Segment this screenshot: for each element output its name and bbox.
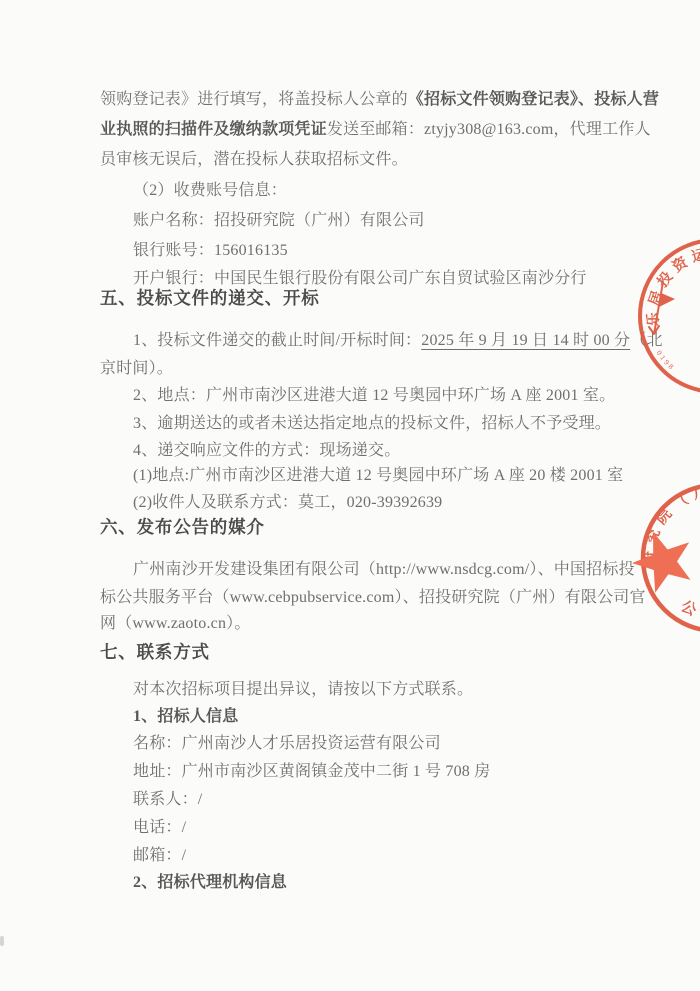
seal-center-flag-icon	[659, 293, 675, 307]
text-line: 2、招标代理机构信息	[133, 869, 287, 892]
text-segment: 地址：广州市南沙区黄阁镇金茂中二街 1 号 708 房	[133, 763, 490, 780]
company-seal-bottom: 研究院（广州）有 公司	[628, 480, 700, 645]
text-line: 电话：/	[133, 814, 186, 837]
scanned-document-page: 领购登记表》进行填写，将盖投标人公章的《招标文件领购登记表》、投标人营业执照的扫…	[0, 0, 700, 991]
seal-serial-number: 0198	[655, 349, 678, 373]
text-segment: (1)地点:广州市南沙区进港大道 12 号奥园中环广场 A 座 20 楼 200…	[133, 467, 623, 484]
text-line: 对本次招标项目提出异议，请按以下方式联系。	[133, 676, 473, 699]
text-line: （2）收费账号信息：	[133, 177, 287, 200]
text-segment: 4、递交响应文件的方式：现场递交。	[133, 442, 400, 459]
text-line: 1、投标文件递交的截止时间/开标时间：2025 年 9 月 19 日 14 时 …	[133, 327, 663, 350]
section-heading: 五、投标文件的递交、开标	[100, 285, 320, 310]
text-segment: 业执照的扫描件及缴纳款项凭证	[100, 121, 327, 138]
text-line: 邮箱：/	[133, 842, 186, 865]
section-heading: 六、发布公告的媒介	[100, 514, 265, 539]
text-line: 联系人：/	[133, 786, 202, 809]
text-line: 4、递交响应文件的方式：现场递交。	[133, 437, 400, 460]
text-segment: 京时间）。	[100, 360, 173, 377]
text-line: (2)收件人及联系方式：莫工，020-39392639	[133, 489, 442, 512]
scan-artifact	[0, 936, 4, 946]
text-line: 领购登记表》进行填写，将盖投标人公章的《招标文件领购登记表》、投标人营	[100, 86, 659, 109]
company-seal-top: 乐居投资运营有限公司 0198	[632, 236, 700, 396]
text-segment: 银行账号：156016135	[133, 242, 288, 259]
text-line: 地址：广州市南沙区黄阁镇金茂中二街 1 号 708 房	[133, 758, 490, 781]
text-line: 账户名称：招投研究院（广州）有限公司	[133, 207, 425, 230]
text-segment: 对本次招标项目提出异议，请按以下方式联系。	[133, 681, 473, 698]
text-segment: 六、发布公告的媒介	[100, 517, 265, 537]
text-line: 1、招标人信息	[133, 703, 238, 726]
text-segment: (2)收件人及联系方式：莫工，020-39392639	[133, 494, 442, 511]
text-segment: 邮箱：/	[133, 847, 186, 864]
text-segment: 账户名称：招投研究院（广州）有限公司	[133, 212, 425, 229]
text-line: 京时间）。	[100, 355, 173, 378]
text-segment: 联系人：/	[133, 791, 202, 808]
text-segment: 《招标文件领购登记表》、投标人营	[408, 91, 659, 108]
text-line: 网（www.zaoto.cn）。	[100, 610, 251, 633]
text-segment: 员审核无误后，潜在投标人获取招标文件。	[100, 151, 408, 168]
text-segment: 领购登记表》进行填写，将盖投标人公章的	[100, 91, 408, 108]
text-segment: 五、投标文件的递交、开标	[100, 288, 320, 308]
text-line: 名称：广州南沙人才乐居投资运营有限公司	[133, 730, 441, 753]
text-segment: 2025 年 9 月 19 日 14 时 00 分	[421, 332, 630, 349]
text-segment: 2、招标代理机构信息	[133, 874, 287, 891]
text-line: 银行账号：156016135	[133, 237, 288, 260]
seal-star-icon	[632, 532, 691, 593]
section-heading: 七、联系方式	[100, 639, 210, 664]
text-segment: 名称：广州南沙人才乐居投资运营有限公司	[133, 735, 441, 752]
text-line: 员审核无误后，潜在投标人获取招标文件。	[100, 146, 408, 169]
text-segment: 广州南沙开发建设集团有限公司（http://www.nsdcg.com/）、中国…	[133, 561, 635, 578]
text-segment: 2、地点：广州市南沙区进港大道 12 号奥园中环广场 A 座 2001 室。	[133, 387, 615, 404]
text-segment: 电话：/	[133, 819, 186, 836]
text-line: 2、地点：广州市南沙区进港大道 12 号奥园中环广场 A 座 2001 室。	[133, 382, 615, 405]
text-segment: 网（www.zaoto.cn）。	[100, 615, 251, 632]
text-segment: 七、联系方式	[100, 642, 210, 662]
text-segment: （2）收费账号信息：	[133, 182, 287, 199]
text-segment: 标公共服务平台（www.cebpubservice.com）、招投研究院（广州）…	[100, 589, 646, 606]
text-line: (1)地点:广州市南沙区进港大道 12 号奥园中环广场 A 座 20 楼 200…	[133, 462, 623, 485]
text-segment: 发送至邮箱：ztyjy308@163.com，代理工作人	[327, 121, 651, 138]
text-segment: 1、招标人信息	[133, 708, 238, 725]
text-segment: 1、投标文件递交的截止时间/开标时间：	[133, 332, 421, 349]
text-line: 业执照的扫描件及缴纳款项凭证发送至邮箱：ztyjy308@163.com，代理工…	[100, 116, 651, 139]
text-line: 3、逾期送达的或者未送达指定地点的投标文件，招标人不予受理。	[133, 410, 611, 433]
text-line: 广州南沙开发建设集团有限公司（http://www.nsdcg.com/）、中国…	[133, 556, 635, 579]
text-line: 标公共服务平台（www.cebpubservice.com）、招投研究院（广州）…	[100, 584, 646, 607]
text-segment: 3、逾期送达的或者未送达指定地点的投标文件，招标人不予受理。	[133, 415, 611, 432]
